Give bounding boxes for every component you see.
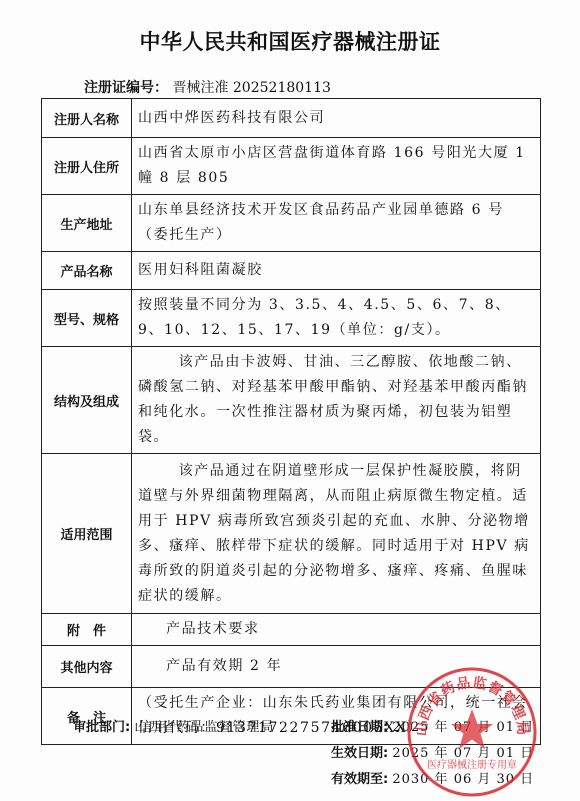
row-label: 产品名称 <box>42 252 132 290</box>
approval-department-line: 审批部门: 山西省药品监督管理局 <box>73 716 274 735</box>
effective-date: 2025 年 07 月 01 日 <box>392 746 534 761</box>
table-row-attachment: 附 件 产品技术要求 <box>42 614 541 646</box>
row-label: 附 件 <box>42 614 132 646</box>
effective-date-label: 生效日期: <box>331 746 388 761</box>
row-label: 其他内容 <box>42 646 132 688</box>
row-label: 注册人住所 <box>42 138 132 195</box>
certificate-table: 注册人名称 山西中烨医药科技有限公司 注册人住所 山西省太原市小店区营盘街道体育… <box>41 98 541 745</box>
row-label: 适用范围 <box>42 454 132 614</box>
row-label: 生产地址 <box>42 195 132 252</box>
registration-number-line: 注册证编号： 晋械注准 20252180113 <box>84 77 331 97</box>
row-value: 该产品由卡波姆、甘油、三乙醇胺、依地酸二钠、磷酸氢二钠、对羟基苯甲酸甲酯钠、对羟… <box>132 347 541 454</box>
effective-date-line: 生效日期: 2025 年 07 月 01 日 <box>331 742 534 761</box>
row-label: 注册人名称 <box>42 99 132 138</box>
approval-date-label: 批准日期: <box>331 720 388 735</box>
document-title: 中华人民共和国医疗器械注册证 <box>0 26 580 56</box>
row-value: 山西省太原市小店区营盘街道体育路 166 号阳光大厦 1 幢 8 层 805 <box>132 138 541 195</box>
row-value: 按照装量不同分为 3、3.5、4、4.5、5、6、7、8、9、10、12、15、… <box>132 290 541 347</box>
table-row-production-address: 生产地址 山东单县经济技术开发区食品药品产业园单德路 6 号（委托生产） <box>42 195 541 252</box>
row-value: 该产品通过在阴道壁形成一层保护性凝胶膜，将阴道壁与外界细菌物理隔离，从而阻止病原… <box>132 454 541 614</box>
valid-until: 2030 年 06 月 30 日 <box>392 772 534 787</box>
registration-number-label: 注册证编号： <box>84 80 168 96</box>
table-row-other-content: 其他内容 产品有效期 2 年 <box>42 646 541 688</box>
approval-department: 山西省药品监督管理局 <box>134 720 274 735</box>
row-value: 医用妇科阻菌凝胶 <box>132 252 541 290</box>
row-label: 结构及组成 <box>42 347 132 454</box>
row-value: 产品有效期 2 年 <box>132 646 541 688</box>
table-row-product-name: 产品名称 医用妇科阻菌凝胶 <box>42 252 541 290</box>
approval-department-label: 审批部门: <box>73 720 130 735</box>
row-value: 山西中烨医药科技有限公司 <box>132 99 541 138</box>
table-row-model-spec: 型号、规格 按照装量不同分为 3、3.5、4、4.5、5、6、7、8、9、10、… <box>42 290 541 347</box>
table-row-registrant-name: 注册人名称 山西中烨医药科技有限公司 <box>42 99 541 138</box>
approval-date: 2025 年 07 月 01 日 <box>392 720 534 735</box>
valid-until-label: 有效期至: <box>331 772 388 787</box>
row-value: 山东单县经济技术开发区食品药品产业园单德路 6 号（委托生产） <box>132 195 541 252</box>
row-label: 型号、规格 <box>42 290 132 347</box>
valid-until-line: 有效期至: 2030 年 06 月 30 日 <box>331 768 534 787</box>
approval-date-line: 批准日期: 2025 年 07 月 01 日 <box>331 716 534 735</box>
registration-number: 晋械注准 20252180113 <box>172 80 330 96</box>
table-row-scope-of-application: 适用范围 该产品通过在阴道壁形成一层保护性凝胶膜，将阴道壁与外界细菌物理隔离，从… <box>42 454 541 614</box>
table-row-structure-composition: 结构及组成 该产品由卡波姆、甘油、三乙醇胺、依地酸二钠、磷酸氢二钠、对羟基苯甲酸… <box>42 347 541 454</box>
row-value: 产品技术要求 <box>132 614 541 646</box>
table-row-registrant-address: 注册人住所 山西省太原市小店区营盘街道体育路 166 号阳光大厦 1 幢 8 层… <box>42 138 541 195</box>
